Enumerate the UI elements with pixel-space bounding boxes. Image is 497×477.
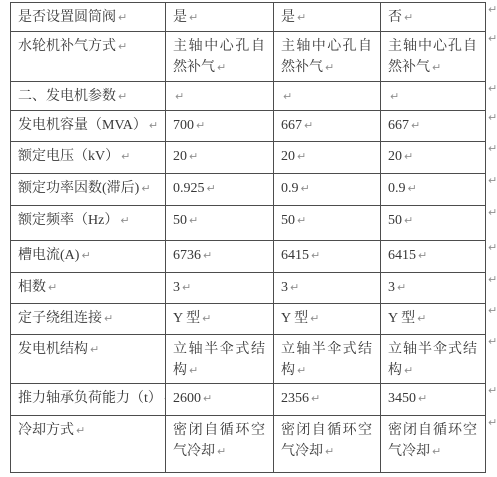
- row-label-cell: 发电机结构↵: [11, 335, 166, 384]
- row-end-mark-icon: ↵: [488, 385, 497, 396]
- cell-value: 立轴半伞式结构: [281, 342, 372, 378]
- value-cell: 0.9↵: [381, 174, 486, 206]
- cell-value: 0.9: [281, 181, 299, 196]
- row-label: 发电机容量（MVA）: [18, 118, 147, 133]
- row-label-cell: 额定频率（Hz）↵: [11, 206, 166, 241]
- cell-value: 6736: [173, 248, 201, 263]
- value-cell: ↵: [381, 82, 486, 111]
- value-cell: 667↵: [274, 111, 381, 142]
- cell-value: Y 型: [281, 311, 308, 326]
- row-label: 发电机结构: [18, 342, 88, 357]
- table-row: 额定频率（Hz）↵50↵50↵50↵: [11, 206, 486, 241]
- row-end-mark-icon: ↵: [488, 417, 497, 428]
- row-label: 定子绕组连接: [18, 311, 102, 326]
- paragraph-mark-icon: ↵: [297, 364, 306, 377]
- paragraph-mark-icon: ↵: [397, 281, 406, 294]
- paragraph-mark-icon: ↵: [297, 11, 306, 24]
- row-label: 冷却方式: [18, 423, 74, 438]
- paragraph-mark-icon: ↵: [311, 392, 320, 405]
- value-cell: 否↵: [381, 3, 486, 32]
- row-label: 槽电流(A): [18, 248, 79, 263]
- row-label: 水轮机补气方式: [18, 39, 116, 54]
- paragraph-mark-icon: ↵: [297, 150, 306, 163]
- paragraph-mark-icon: ↵: [217, 61, 226, 74]
- paragraph-mark-icon: ↵: [189, 364, 198, 377]
- cell-value: 50: [388, 213, 402, 228]
- cell-value: 6415: [388, 248, 416, 263]
- paragraph-mark-icon: ↵: [189, 150, 198, 163]
- paragraph-mark-icon: ↵: [325, 445, 334, 458]
- row-label-cell: 定子绕组连接↵: [11, 304, 166, 335]
- value-cell: Y 型↵: [381, 304, 486, 335]
- paragraph-mark-icon: ↵: [408, 182, 417, 195]
- paragraph-mark-icon: ↵: [301, 182, 310, 195]
- cell-value: 0.9: [388, 181, 406, 196]
- row-end-mark-icon: ↵: [488, 33, 497, 44]
- paragraph-mark-icon: ↵: [121, 150, 130, 163]
- table-row: 是否设置圆筒阀↵是↵是↵否↵: [11, 3, 486, 32]
- row-end-mark-icon: ↵: [488, 336, 497, 347]
- paragraph-mark-icon: ↵: [90, 343, 99, 356]
- value-cell: 667↵: [381, 111, 486, 142]
- paragraph-mark-icon: ↵: [104, 312, 113, 325]
- cell-value: 50: [173, 213, 187, 228]
- value-cell: 20↵: [274, 142, 381, 174]
- paragraph-mark-icon: ↵: [118, 40, 127, 53]
- paragraph-mark-icon: ↵: [207, 182, 216, 195]
- row-end-mark-icon: ↵: [488, 242, 497, 253]
- paragraph-mark-icon: ↵: [283, 90, 292, 103]
- value-cell: 立轴半伞式结构↵: [381, 335, 486, 384]
- row-label: 额定频率（Hz）: [18, 213, 118, 228]
- row-label-cell: 推力轴承负荷能力（t）↵: [11, 384, 166, 416]
- row-end-mark-icon: ↵: [488, 274, 497, 285]
- cell-value: 667: [281, 118, 302, 133]
- value-cell: 50↵: [274, 206, 381, 241]
- value-cell: 3↵: [381, 273, 486, 304]
- paragraph-mark-icon: ↵: [175, 90, 184, 103]
- value-cell: 50↵: [381, 206, 486, 241]
- value-cell: 主轴中心孔自然补气↵: [274, 32, 381, 82]
- paragraph-mark-icon: ↵: [141, 182, 150, 195]
- value-cell: 6415↵: [381, 241, 486, 273]
- row-label-cell: 相数↵: [11, 273, 166, 304]
- cell-value: 立轴半伞式结构: [388, 342, 477, 378]
- paragraph-mark-icon: ↵: [418, 249, 427, 262]
- table-row: 额定功率因数(滞后)↵0.925↵0.9↵0.9↵: [11, 174, 486, 206]
- cell-value: Y 型: [173, 311, 200, 326]
- paragraph-mark-icon: ↵: [76, 424, 85, 437]
- row-label-cell: 额定电压（kV）↵: [11, 142, 166, 174]
- value-cell: 立轴半伞式结构↵: [166, 335, 274, 384]
- cell-value: 700: [173, 118, 194, 133]
- value-cell: 20↵: [166, 142, 274, 174]
- table-row: 发电机容量（MVA）↵700↵667↵667↵: [11, 111, 486, 142]
- paragraph-mark-icon: ↵: [196, 119, 205, 132]
- parameters-table: 是否设置圆筒阀↵是↵是↵否↵水轮机补气方式↵主轴中心孔自然补气↵主轴中心孔自然补…: [10, 2, 486, 473]
- table-row: 发电机结构↵立轴半伞式结构↵立轴半伞式结构↵立轴半伞式结构↵: [11, 335, 486, 384]
- value-cell: 立轴半伞式结构↵: [274, 335, 381, 384]
- row-label: 额定电压（kV）: [18, 149, 119, 164]
- table-row: 二、发电机参数↵↵↵↵: [11, 82, 486, 111]
- paragraph-mark-icon: ↵: [202, 312, 211, 325]
- value-cell: ↵: [274, 82, 381, 111]
- paragraph-mark-icon: ↵: [118, 11, 127, 24]
- cell-value: 3450: [388, 391, 416, 406]
- cell-value: 2600: [173, 391, 201, 406]
- paragraph-mark-icon: ↵: [120, 214, 129, 227]
- value-cell: 0.925↵: [166, 174, 274, 206]
- cell-value: 667: [388, 118, 409, 133]
- table-row: 额定电压（kV）↵20↵20↵20↵: [11, 142, 486, 174]
- value-cell: 6736↵: [166, 241, 274, 273]
- cell-value: 3: [281, 280, 288, 295]
- cell-value: 3: [388, 280, 395, 295]
- row-label-cell: 水轮机补气方式↵: [11, 32, 166, 82]
- row-label: 额定功率因数(滞后): [18, 181, 139, 196]
- row-label: 二、发电机参数: [18, 89, 116, 104]
- table-row: 冷却方式↵密闭自循环空气冷却↵密闭自循环空气冷却↵密闭自循环空气冷却↵: [11, 416, 486, 473]
- row-end-mark-icon: ↵: [488, 175, 497, 186]
- row-label: 是否设置圆筒阀: [18, 10, 116, 25]
- value-cell: 2356↵: [274, 384, 381, 416]
- cell-value: 2356: [281, 391, 309, 406]
- value-cell: 主轴中心孔自然补气↵: [381, 32, 486, 82]
- value-cell: 密闭自循环空气冷却↵: [166, 416, 274, 473]
- row-label-cell: 冷却方式↵: [11, 416, 166, 473]
- paragraph-mark-icon: ↵: [149, 119, 158, 132]
- cell-value: 0.925: [173, 181, 205, 196]
- paragraph-mark-icon: ↵: [432, 445, 441, 458]
- cell-value: 是: [173, 10, 187, 25]
- paragraph-mark-icon: ↵: [411, 119, 420, 132]
- paragraph-mark-icon: ↵: [81, 249, 90, 262]
- table-row: 相数↵3↵3↵3↵: [11, 273, 486, 304]
- paragraph-mark-icon: ↵: [182, 281, 191, 294]
- paragraph-mark-icon: ↵: [290, 281, 299, 294]
- paragraph-mark-icon: ↵: [404, 214, 413, 227]
- paragraph-mark-icon: ↵: [417, 312, 426, 325]
- row-label-cell: 是否设置圆筒阀↵: [11, 3, 166, 32]
- cell-value: 否: [388, 10, 402, 25]
- row-end-mark-icon: ↵: [488, 305, 497, 316]
- paragraph-mark-icon: ↵: [217, 445, 226, 458]
- cell-value: 6415: [281, 248, 309, 263]
- row-label-cell: 槽电流(A)↵: [11, 241, 166, 273]
- paragraph-mark-icon: ↵: [404, 364, 413, 377]
- value-cell: 主轴中心孔自然补气↵: [166, 32, 274, 82]
- paragraph-mark-icon: ↵: [189, 214, 198, 227]
- table-row: 槽电流(A)↵6736↵6415↵6415↵: [11, 241, 486, 273]
- value-cell: 是↵: [166, 3, 274, 32]
- cell-value: 20: [281, 149, 295, 164]
- paragraph-mark-icon: ↵: [310, 312, 319, 325]
- paragraph-mark-icon: ↵: [297, 214, 306, 227]
- document-page: 是否设置圆筒阀↵是↵是↵否↵水轮机补气方式↵主轴中心孔自然补气↵主轴中心孔自然补…: [0, 0, 497, 473]
- paragraph-mark-icon: ↵: [189, 11, 198, 24]
- row-end-mark-icon: ↵: [488, 207, 497, 218]
- cell-value: 20: [388, 149, 402, 164]
- cell-value: 是: [281, 10, 295, 25]
- row-label-cell: 发电机容量（MVA）↵: [11, 111, 166, 142]
- paragraph-mark-icon: ↵: [48, 281, 57, 294]
- row-end-mark-icon: ↵: [488, 4, 497, 15]
- row-label-cell: 二、发电机参数↵: [11, 82, 166, 111]
- value-cell: 2600↵: [166, 384, 274, 416]
- value-cell: 3↵: [274, 273, 381, 304]
- paragraph-mark-icon: ↵: [304, 119, 313, 132]
- value-cell: 700↵: [166, 111, 274, 142]
- value-cell: Y 型↵: [274, 304, 381, 335]
- value-cell: 3↵: [166, 273, 274, 304]
- value-cell: 密闭自循环空气冷却↵: [274, 416, 381, 473]
- paragraph-mark-icon: ↵: [118, 90, 127, 103]
- value-cell: 20↵: [381, 142, 486, 174]
- paragraph-mark-icon: ↵: [418, 392, 427, 405]
- value-cell: Y 型↵: [166, 304, 274, 335]
- value-cell: 密闭自循环空气冷却↵: [381, 416, 486, 473]
- row-label: 相数: [18, 280, 46, 295]
- value-cell: 50↵: [166, 206, 274, 241]
- value-cell: ↵: [166, 82, 274, 111]
- value-cell: 6415↵: [274, 241, 381, 273]
- cell-value: 立轴半伞式结构: [173, 342, 265, 378]
- paragraph-mark-icon: ↵: [203, 392, 212, 405]
- paragraph-mark-icon: ↵: [390, 90, 399, 103]
- paragraph-mark-icon: ↵: [404, 11, 413, 24]
- table-row: 推力轴承负荷能力（t）↵2600↵2356↵3450↵: [11, 384, 486, 416]
- cell-value: 3: [173, 280, 180, 295]
- paragraph-mark-icon: ↵: [311, 249, 320, 262]
- value-cell: 3450↵: [381, 384, 486, 416]
- row-end-mark-icon: ↵: [488, 83, 497, 94]
- paragraph-mark-icon: ↵: [432, 61, 441, 74]
- paragraph-mark-icon: ↵: [404, 150, 413, 163]
- value-cell: 是↵: [274, 3, 381, 32]
- cell-value: Y 型: [388, 311, 415, 326]
- row-label-cell: 额定功率因数(滞后)↵: [11, 174, 166, 206]
- cell-value: 20: [173, 149, 187, 164]
- table-row: 水轮机补气方式↵主轴中心孔自然补气↵主轴中心孔自然补气↵主轴中心孔自然补气↵: [11, 32, 486, 82]
- table-row: 定子绕组连接↵Y 型↵Y 型↵Y 型↵: [11, 304, 486, 335]
- row-end-mark-icon: ↵: [488, 112, 497, 123]
- paragraph-mark-icon: ↵: [325, 61, 334, 74]
- row-label: 推力轴承负荷能力（t）: [18, 391, 162, 406]
- value-cell: 0.9↵: [274, 174, 381, 206]
- row-end-mark-icon: ↵: [488, 143, 497, 154]
- paragraph-mark-icon: ↵: [203, 249, 212, 262]
- cell-value: 50: [281, 213, 295, 228]
